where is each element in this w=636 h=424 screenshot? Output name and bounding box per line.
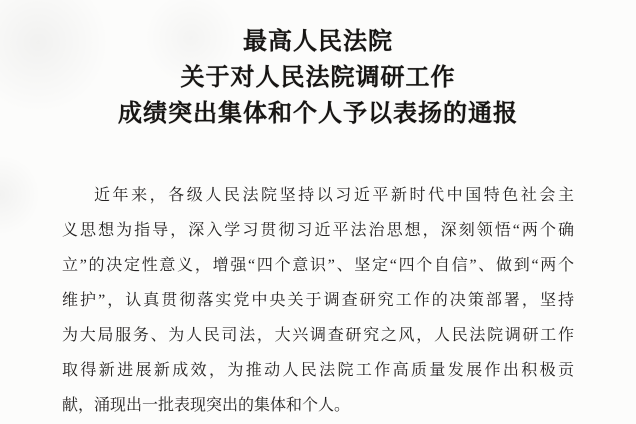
body-line: 取得新进展新成效，为推动人民法院工作高质量发展作出积极贡 <box>62 353 574 388</box>
body-line: 立”的决定性意义，增强“四个意识”、坚定“四个自信”、做到“两个 <box>62 248 574 283</box>
body-line: 近年来，各级人民法院坚持以习近平新时代中国特色社会主 <box>62 178 574 213</box>
document-page: 最高人民法院 关于对人民法院调研工作 成绩突出集体和个人予以表扬的通报 近年来，… <box>0 0 636 424</box>
document-body-paragraph: 近年来，各级人民法院坚持以习近平新时代中国特色社会主 义思想为指导，深入学习贯彻… <box>62 178 574 423</box>
document-title: 最高人民法院 关于对人民法院调研工作 成绩突出集体和个人予以表扬的通报 <box>0 0 636 132</box>
title-line-1: 最高人民法院 <box>0 24 636 60</box>
body-line: 义思想为指导，深入学习贯彻习近平法治思想，深刻领悟“两个确 <box>62 213 574 248</box>
body-line: 维护”，认真贯彻落实党中央关于调查研究工作的决策部署，坚持 <box>62 283 574 318</box>
body-line: 献，涌现出一批表现突出的集体和个人。 <box>62 388 574 423</box>
title-line-2: 关于对人民法院调研工作 <box>0 60 636 96</box>
title-line-3: 成绩突出集体和个人予以表扬的通报 <box>0 96 636 132</box>
body-line: 为大局服务、为人民司法，大兴调查研究之风，人民法院调研工作 <box>62 318 574 353</box>
